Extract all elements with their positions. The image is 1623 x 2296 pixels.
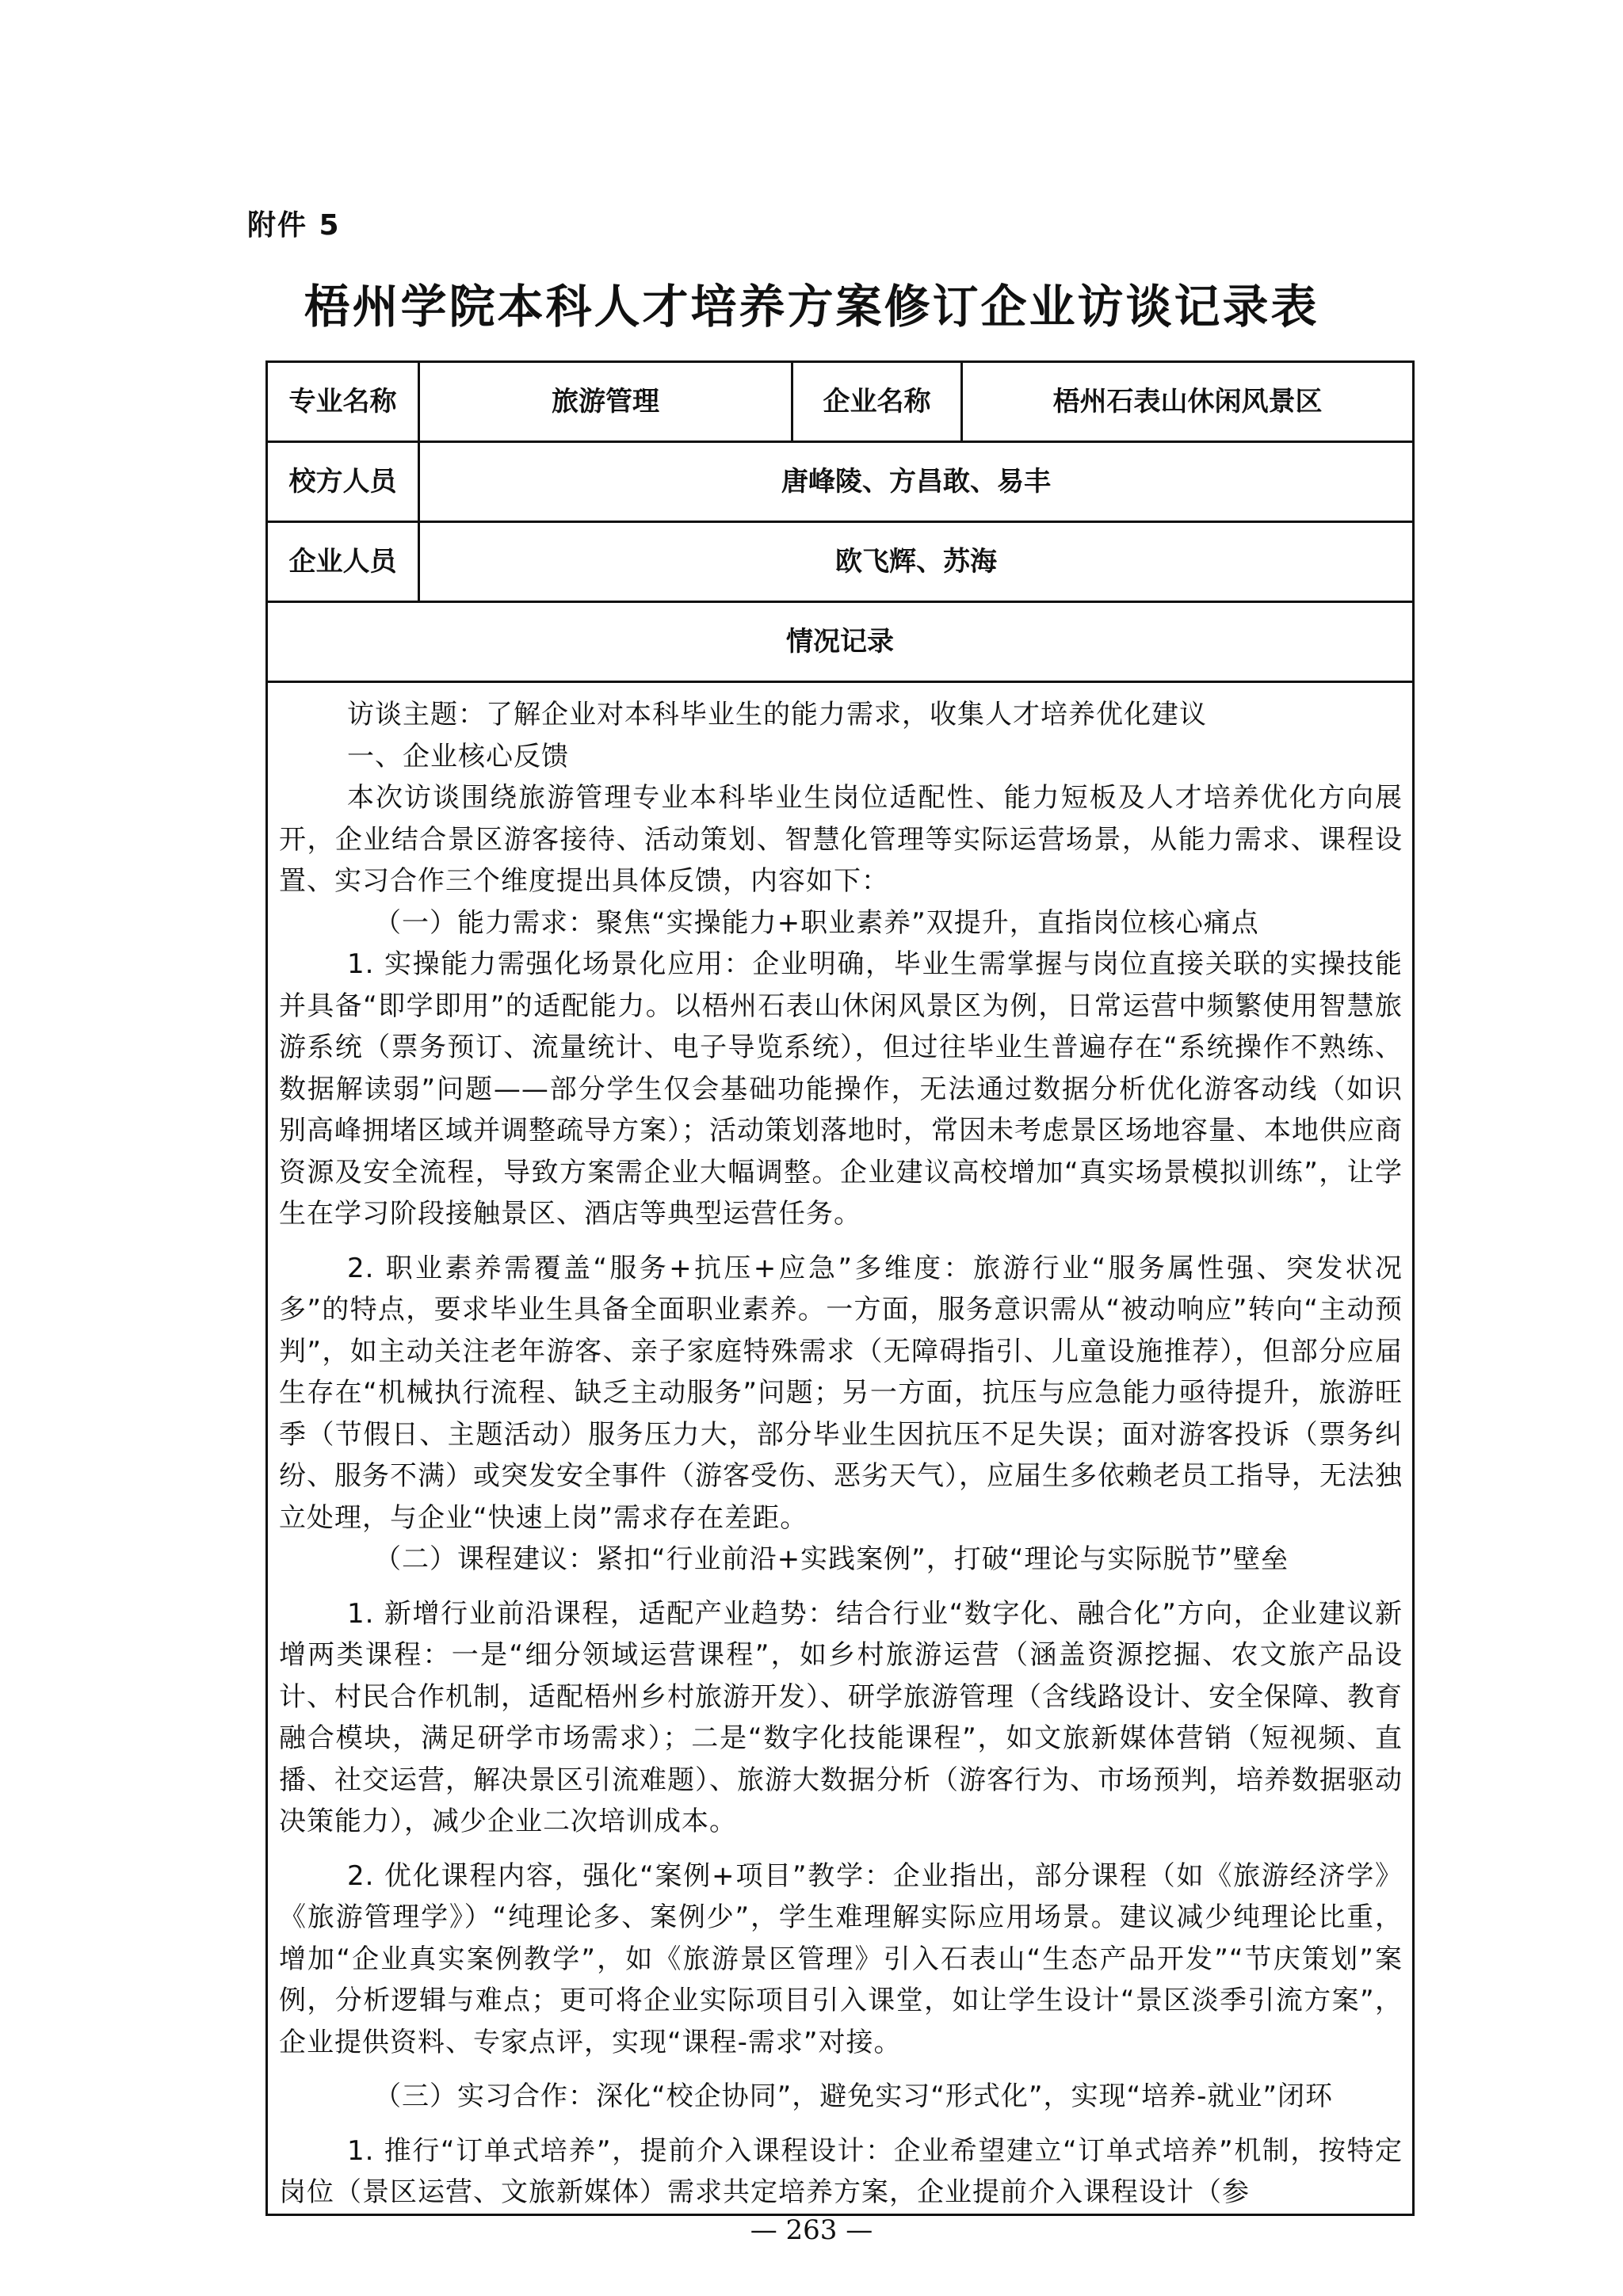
row-company-staff: 企业人员 欧飞辉、苏海: [267, 522, 1414, 602]
interview-topic: 访谈主题：了解企业对本科毕业生的能力需求，收集人才培养优化建议: [279, 694, 1403, 736]
subsection-heading: （一）能力需求：聚焦“实操能力+职业素养”双提升，直指岗位核心痛点: [279, 902, 1403, 944]
row-school-staff: 校方人员 唐峰陵、方昌敢、易丰: [267, 442, 1414, 522]
subsection-heading: （二）课程建议：紧扣“行业前沿+实践案例”，打破“理论与实际脱节”壁垒: [279, 1539, 1403, 1581]
company-label-cell: 企业名称: [792, 362, 962, 442]
record-header-cell: 情况记录: [267, 602, 1414, 682]
subsection-heading: （三）实习合作：深化“校企协同”，避免实习“形式化”，实现“培养-就业”闭环: [279, 2076, 1403, 2118]
paragraph: 2. 优化课程内容，强化“案例+项目”教学：企业指出，部分课程（如《旅游经济学》…: [279, 1855, 1403, 2064]
school-staff-label-cell: 校方人员: [267, 442, 419, 522]
company-label: 企业名称: [823, 379, 931, 418]
attachment-label: 附件 5: [247, 203, 341, 243]
company-staff-label: 企业人员: [289, 540, 397, 578]
row-major-company: 专业名称 旅游管理 企业名称 梧州石表山休闲风景区: [267, 362, 1414, 442]
major-value-cell: 旅游管理: [419, 362, 792, 442]
major-label-cell: 专业名称: [267, 362, 419, 442]
record-header: 情况记录: [786, 620, 894, 658]
school-staff-value-cell: 唐峰陵、方昌敢、易丰: [419, 442, 1414, 522]
document-title: 梧州学院本科人才培养方案修订企业访谈记录表: [0, 269, 1623, 336]
paragraph: 1. 推行“订单式培养”，提前介入课程设计：企业希望建立“订单式培养”机制，按特…: [279, 2130, 1403, 2214]
company-staff-label-cell: 企业人员: [267, 522, 419, 602]
company-staff-value-cell: 欧飞辉、苏海: [419, 522, 1414, 602]
school-staff-label: 校方人员: [289, 460, 397, 498]
company-value-cell: 梧州石表山休闲风景区: [962, 362, 1414, 442]
company-value: 梧州石表山休闲风景区: [1053, 379, 1323, 418]
row-record-header: 情况记录: [267, 602, 1414, 682]
page-number: — 263 —: [0, 2214, 1623, 2246]
paragraph: 1. 新增行业前沿课程，适配产业趋势：结合行业“数字化、融合化”方向，企业建议新…: [279, 1593, 1403, 1843]
major-value: 旅游管理: [552, 379, 659, 418]
paragraph: 1. 实操能力需强化场景化应用：企业明确，毕业生需掌握与岗位直接关联的实操技能并…: [279, 944, 1403, 1235]
section-heading: 一、企业核心反馈: [279, 736, 1403, 778]
record-body-cell: 访谈主题：了解企业对本科毕业生的能力需求，收集人才培养优化建议 一、企业核心反馈…: [267, 682, 1414, 2215]
school-staff-value: 唐峰陵、方昌敢、易丰: [781, 460, 1051, 498]
company-staff-value: 欧飞辉、苏海: [835, 540, 997, 578]
paragraph: 2. 职业素养需覆盖“服务+抗压+应急”多维度：旅游行业“服务属性强、突发状况多…: [279, 1248, 1403, 1539]
intro-paragraph: 本次访谈围绕旅游管理专业本科毕业生岗位适配性、能力短板及人才培养优化方向展开，企…: [279, 777, 1403, 902]
row-record-body: 访谈主题：了解企业对本科毕业生的能力需求，收集人才培养优化建议 一、企业核心反馈…: [267, 682, 1414, 2215]
interview-record-table: 专业名称 旅游管理 企业名称 梧州石表山休闲风景区 校方人员 唐峰陵、方昌敢、易…: [265, 360, 1415, 2216]
major-label: 专业名称: [289, 379, 397, 418]
